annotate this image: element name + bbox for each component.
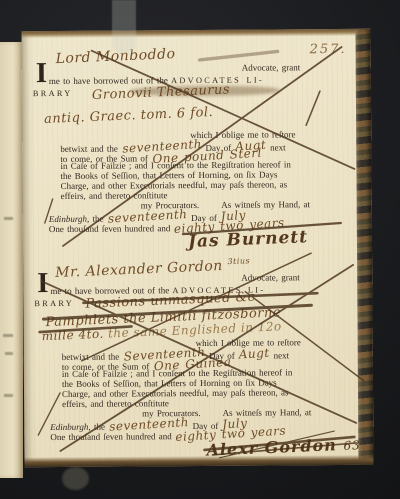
printed-advocate-grant: Advocate, grant [242,62,301,72]
printed-failzie-line3: Charge, and other Executorials needful, … [62,387,289,399]
borrow-line-text: me to have borrowed out of the [49,75,168,86]
book-line3a-text: mille 4to. [41,327,104,344]
borrower-name: Mr. Alexander Gordon 3tius [55,256,251,281]
dropcap-initial: I [37,269,48,298]
ink-stroke [200,51,278,60]
showthrough-mark [4,394,13,397]
ink-stroke [306,91,320,125]
printed-brary: BRARY [33,89,73,98]
photograph-of-register-page: 257. I Lord Monboddo Advocate, grant me … [0,0,400,499]
printed-brary: BRARY [34,299,74,308]
showthrough-mark [4,217,13,220]
ink-smudge [130,85,280,96]
borrower-suffix: 3tius [227,256,250,266]
year-label-text: One thouſand ſeven hundred and [49,223,171,234]
book-title-line2: antiq. Graec. tom. 6 fol. [44,105,214,127]
showthrough-mark [3,334,13,337]
year-label-text: One thouſand ſeven hundred and [50,431,172,442]
return-month-handwritten: Augt [238,346,270,362]
borrower-name-text: Mr. Alexander Gordon [55,258,223,281]
page-number: 257. [310,42,347,57]
page-top-edge [21,29,370,38]
book-fore-edge [355,29,373,465]
borrower-signature: Jas Burnett [188,227,309,252]
facing-page-edge [0,42,23,478]
showthrough-mark [5,352,13,355]
dropcap-initial: I [36,59,47,88]
register-page: 257. I Lord Monboddo Advocate, grant me … [21,29,373,467]
printed-borrow-line: me to have borrowed out of the ADVOCATES… [49,75,264,87]
paper-blob-mark [62,467,89,490]
next-text: next [274,350,290,360]
bookmark-tab [112,0,136,54]
signature-suffix: 63 [343,438,361,453]
next-text: next [270,142,286,152]
printed-advocate-grant: Advocate, grant [241,272,300,282]
printed-failzie-line3: Charge, and other Executorials needful, … [61,179,288,191]
page-bottom-edge [24,455,373,467]
